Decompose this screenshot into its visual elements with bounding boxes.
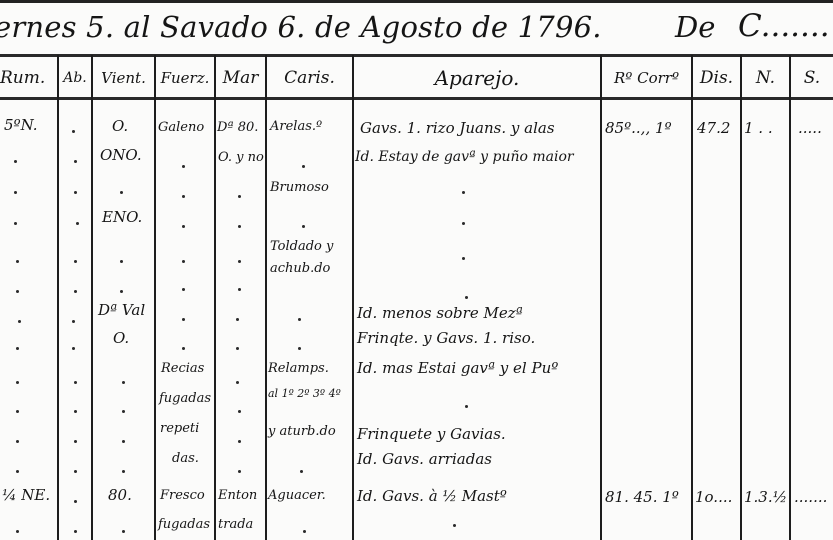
header-mar: Mar bbox=[216, 58, 265, 98]
header-fuerz: Fuerz. bbox=[156, 58, 214, 98]
sky-entry: al 1º 2º 3º 4º bbox=[268, 388, 341, 399]
column-divider bbox=[57, 55, 59, 540]
rigging-entry: Frinqte. y Gavs. 1. riso. bbox=[357, 331, 535, 346]
header-norte: N. bbox=[742, 58, 789, 98]
north-entry: 1.3.½ bbox=[744, 490, 787, 505]
sea-entry: Dª 80. bbox=[217, 121, 258, 134]
column-divider bbox=[600, 55, 602, 540]
sky-entry: y aturb.do bbox=[268, 425, 336, 438]
north-entry: 1 . . bbox=[744, 121, 773, 136]
sky-entry: Relamps. bbox=[268, 362, 329, 375]
header-sur: S. bbox=[791, 58, 833, 98]
sky-entry: Arelas.º bbox=[270, 120, 322, 133]
header-aparejo: Aparejo. bbox=[354, 58, 600, 98]
rigging-entry: Frinquete y Gavias. bbox=[357, 427, 506, 442]
corrected-course-entry: 81. 45. 1º bbox=[605, 490, 679, 505]
force-entry: Galeno bbox=[158, 121, 204, 134]
header-rumbo-corregido: Rº Corrº bbox=[602, 58, 691, 98]
corrected-course-entry: 85º..,, 1º bbox=[605, 121, 672, 136]
header-rum: Rum. bbox=[0, 58, 57, 98]
force-entry: das. bbox=[172, 452, 199, 465]
force-entry: Recias bbox=[161, 362, 204, 375]
wind-entry: O. bbox=[113, 331, 129, 346]
sky-entry: Aguacer. bbox=[268, 489, 326, 502]
header-distancia: Dis. bbox=[693, 58, 740, 98]
top-border bbox=[0, 0, 833, 3]
sky-entry: Brumoso bbox=[270, 181, 329, 194]
rum-entry: 5ºN. bbox=[4, 118, 38, 133]
title-c: C....... bbox=[738, 8, 830, 44]
south-entry: ....... bbox=[794, 490, 827, 505]
wind-entry: O. bbox=[112, 119, 128, 134]
rigging-entry: Id. mas Estai gavª y el Puº bbox=[357, 361, 558, 376]
header-caris: Caris. bbox=[267, 58, 352, 98]
wind-entry: 80. bbox=[108, 488, 132, 503]
force-entry: fugadas bbox=[158, 518, 210, 531]
wind-entry: ONO. bbox=[100, 148, 142, 163]
log-date-title: ernes 5. al Savado 6. de Agosto de 1796. bbox=[0, 10, 602, 44]
column-divider bbox=[789, 55, 791, 540]
wind-entry: ENO. bbox=[102, 210, 142, 225]
rigging-entry: Id. Gavs. à ½ Mastº bbox=[357, 489, 507, 504]
sea-entry: trada bbox=[218, 518, 253, 531]
rum-entry: ¼ NE. bbox=[2, 488, 50, 503]
south-entry: ..... bbox=[798, 121, 822, 136]
log-title-band: ernes 5. al Savado 6. de Agosto de 1796.… bbox=[0, 4, 833, 54]
column-divider bbox=[91, 55, 93, 540]
rigging-entry: Id. Gavs. arriadas bbox=[357, 452, 492, 467]
column-divider bbox=[740, 55, 742, 540]
force-entry: fugadas bbox=[159, 392, 211, 405]
column-divider bbox=[265, 55, 267, 540]
sky-entry: achub.do bbox=[270, 262, 330, 275]
title-de: De bbox=[675, 10, 715, 44]
header-vient: Vient. bbox=[93, 58, 154, 98]
sea-entry: Enton bbox=[218, 489, 257, 502]
rigging-entry: Id. Estay de gavª y puño maior bbox=[355, 150, 574, 164]
column-divider bbox=[214, 55, 216, 540]
wind-entry: Dª Val bbox=[98, 303, 145, 318]
column-divider bbox=[691, 55, 693, 540]
force-entry: Fresco bbox=[160, 489, 205, 502]
header-ab: Ab. bbox=[59, 58, 91, 98]
force-entry: repeti bbox=[160, 422, 199, 435]
sea-entry: O. y no bbox=[218, 151, 264, 164]
sky-entry: Toldado y bbox=[270, 240, 333, 253]
rigging-entry: Gavs. 1. rizo Juans. y alas bbox=[360, 121, 555, 136]
header-top-rule bbox=[0, 54, 833, 57]
column-divider bbox=[154, 55, 156, 540]
distance-entry: 47.2 bbox=[697, 121, 730, 136]
column-divider bbox=[352, 55, 354, 540]
rigging-entry: Id. menos sobre Mezª bbox=[357, 306, 523, 321]
distance-entry: 1o.... bbox=[695, 490, 732, 505]
